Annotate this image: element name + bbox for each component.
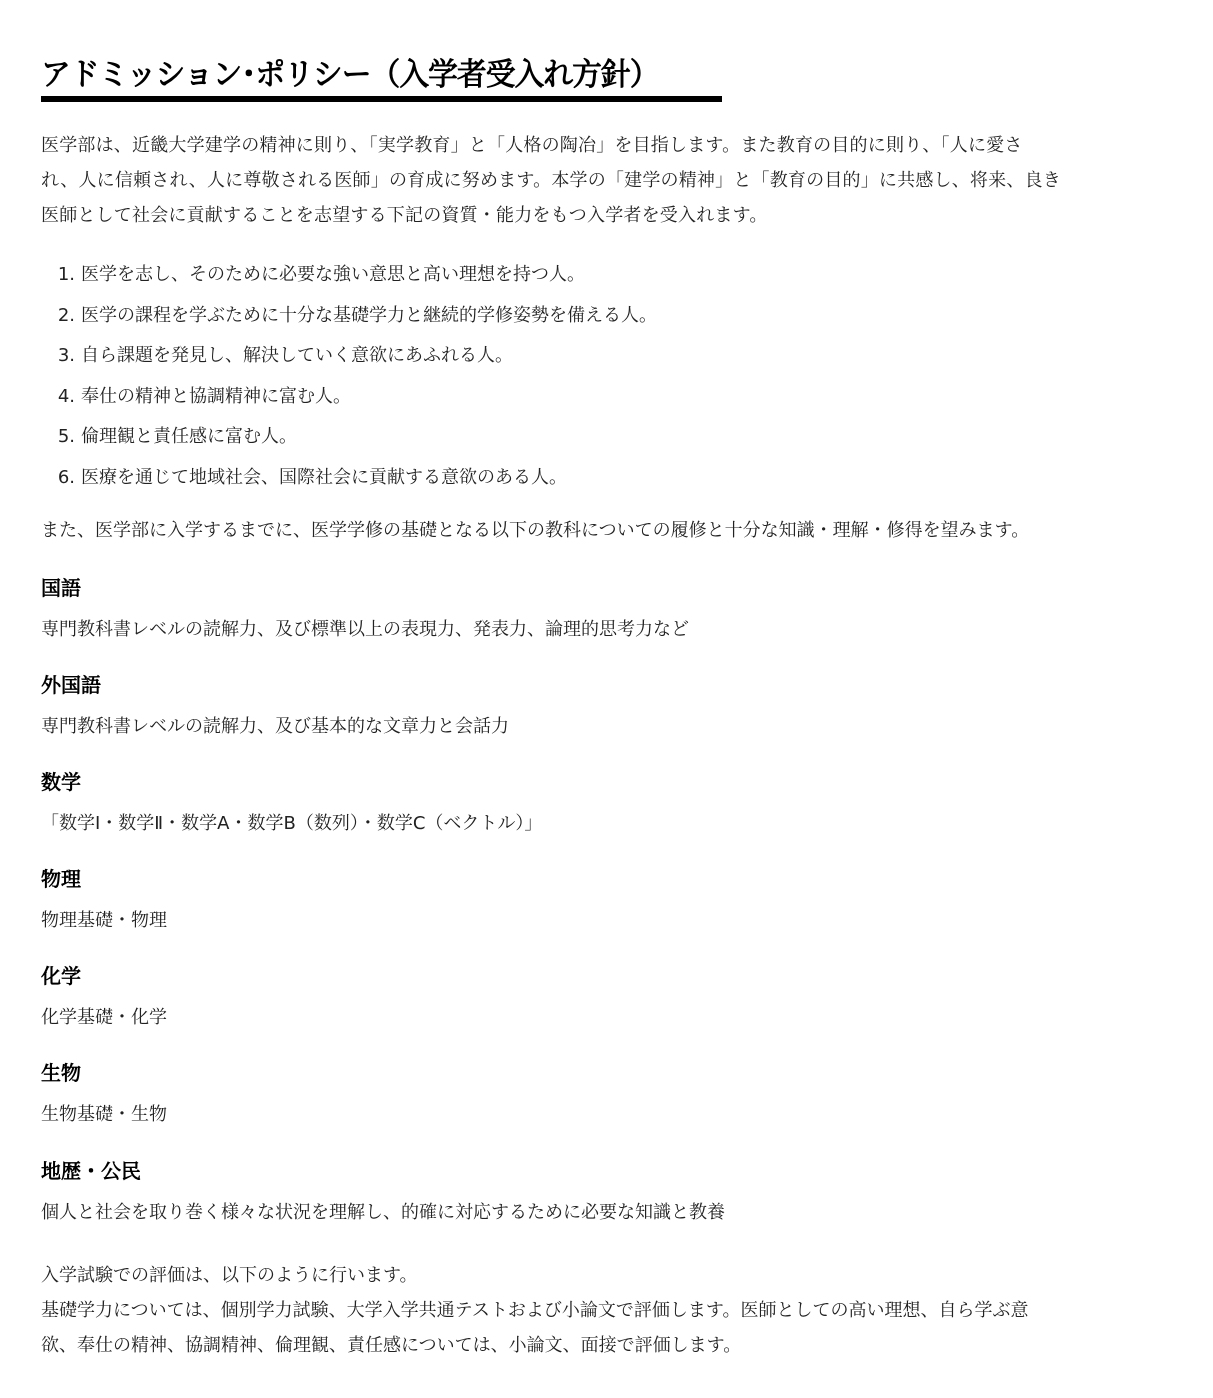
title-block: アドミッション･ポリシー（入学者受入れ方針） <box>41 56 722 94</box>
subject-biology: 生物 生物基礎・生物 <box>41 1058 1171 1130</box>
subject-heading: 生物 <box>41 1058 1171 1088</box>
list-number: 1. <box>41 258 81 292</box>
subject-heading: 数学 <box>41 767 1171 797</box>
subject-description: 物理基礎・物理 <box>41 906 1171 936</box>
list-number: 2. <box>41 299 81 333</box>
list-item: 6.医療を通じて地域社会、国際社会に貢献する意欲のある人。 <box>41 461 657 502</box>
list-number: 5. <box>41 420 81 454</box>
list-number: 4. <box>41 380 81 414</box>
subject-chemistry: 化学 化学基礎・化学 <box>41 961 1171 1033</box>
list-item: 4.奉仕の精神と協調精神に富む人。 <box>41 380 657 421</box>
list-item-text: 医療を通じて地域社会、国際社会に貢献する意欲のある人。 <box>81 467 567 488</box>
list-item-text: 医学を志し、そのために必要な強い意思と高い理想を持つ人。 <box>81 264 585 285</box>
intro-line: れ、人に信頼され、人に尊敬される医師」の育成に努めます。本学の「建学の精神」と「… <box>41 163 1171 198</box>
subject-japanese: 国語 専門教科書レベルの読解力、及び標準以上の表現力、発表力、論理的思考力など <box>41 573 1171 645</box>
list-item: 2.医学の課程を学ぶために十分な基礎学力と継続的学修姿勢を備える人。 <box>41 299 657 340</box>
subject-heading: 国語 <box>41 573 1171 603</box>
subject-geography-history-civics: 地歴・公民 個人と社会を取り巻く様々な状況を理解し、的確に対応するために必要な知… <box>41 1156 1171 1228</box>
intro-line: 医学部は、近畿大学建学の精神に則り、「実学教育」と「人格の陶冶」を目指します。ま… <box>41 128 1171 163</box>
subject-heading: 外国語 <box>41 670 1171 700</box>
evaluation-paragraph: 入学試験での評価は、以下のように行います。 基礎学力については、個別学力試験、大… <box>41 1258 1171 1363</box>
list-item-text: 医学の課程を学ぶために十分な基礎学力と継続的学修姿勢を備える人。 <box>81 305 657 326</box>
list-number: 6. <box>41 461 81 495</box>
list-item: 5.倫理観と責任感に富む人。 <box>41 420 657 461</box>
subject-description: 化学基礎・化学 <box>41 1003 1171 1033</box>
evaluation-line: 欲、奉仕の精神、協調精神、倫理観、責任感については、小論文、面接で評価します。 <box>41 1328 1171 1363</box>
list-item-text: 自ら課題を発見し、解決していく意欲にあふれる人。 <box>81 345 513 366</box>
subject-description: 専門教科書レベルの読解力、及び標準以上の表現力、発表力、論理的思考力など <box>41 615 1171 645</box>
subject-description: 「数学Ⅰ・数学Ⅱ・数学A・数学B（数列）・数学C（ベクトル）」 <box>41 809 1171 839</box>
list-item-text: 倫理観と責任感に富む人。 <box>81 426 297 447</box>
subject-description: 個人と社会を取り巻く様々な状況を理解し、的確に対応するために必要な知識と教養 <box>41 1198 1171 1228</box>
intro-line: 医師として社会に貢献することを志望する下記の資質・能力をもつ入学者を受入れます。 <box>41 198 1171 233</box>
subject-foreign-language: 外国語 専門教科書レベルの読解力、及び基本的な文章力と会話力 <box>41 670 1171 742</box>
subject-description: 生物基礎・生物 <box>41 1100 1171 1130</box>
subject-heading: 地歴・公民 <box>41 1156 1171 1186</box>
list-item: 1.医学を志し、そのために必要な強い意思と高い理想を持つ人。 <box>41 258 657 299</box>
prerequisite-intro: また、医学部に入学するまでに、医学学修の基礎となる以下の教科についての履修と十分… <box>41 514 1029 548</box>
subject-heading: 物理 <box>41 864 1171 894</box>
desired-traits-list: 1.医学を志し、そのために必要な強い意思と高い理想を持つ人。 2.医学の課程を学… <box>41 258 657 501</box>
title-underline <box>41 96 722 102</box>
subject-physics: 物理 物理基礎・物理 <box>41 864 1171 936</box>
list-number: 3. <box>41 339 81 373</box>
subject-description: 専門教科書レベルの読解力、及び基本的な文章力と会話力 <box>41 712 1171 742</box>
subject-mathematics: 数学 「数学Ⅰ・数学Ⅱ・数学A・数学B（数列）・数学C（ベクトル）」 <box>41 767 1171 839</box>
page-title: アドミッション･ポリシー（入学者受入れ方針） <box>41 56 695 94</box>
list-item-text: 奉仕の精神と協調精神に富む人。 <box>81 386 351 407</box>
subject-heading: 化学 <box>41 961 1171 991</box>
evaluation-line: 基礎学力については、個別学力試験、大学入学共通テストおよび小論文で評価します。医… <box>41 1293 1171 1328</box>
evaluation-line: 入学試験での評価は、以下のように行います。 <box>41 1258 1171 1293</box>
intro-paragraph: 医学部は、近畿大学建学の精神に則り、「実学教育」と「人格の陶冶」を目指します。ま… <box>41 128 1171 233</box>
list-item: 3.自ら課題を発見し、解決していく意欲にあふれる人。 <box>41 339 657 380</box>
